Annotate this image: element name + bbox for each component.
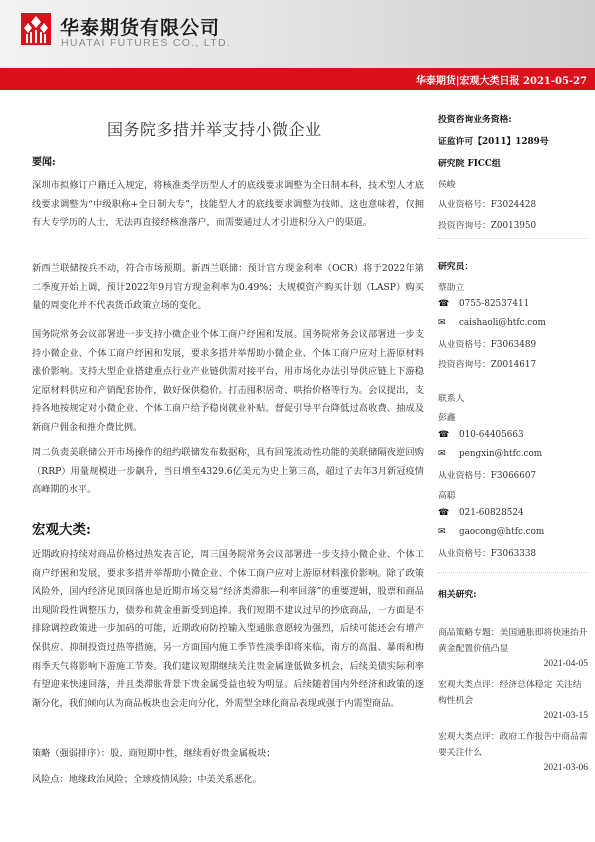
related-item-date: 2021-03-06 (544, 763, 588, 773)
email-link[interactable]: pengxin@htfc.com (459, 449, 542, 459)
company-name-cn: 华泰期货有限公司 (60, 13, 220, 40)
related-item-date: 2021-04-05 (544, 659, 588, 669)
news-heading: 要闻: (32, 153, 56, 168)
contact-phone: ☎021-60828524 (438, 508, 524, 518)
related-item-title[interactable]: 宏观大类点评：政府工作报告中商品需要关注什么 (438, 729, 588, 761)
phone-number: 010-64405663 (459, 430, 524, 440)
qualification-label: 投资咨询业务资格: (438, 112, 512, 125)
news-item: 深圳市拟修订户籍迁入规定，将核准类学历型人才的底线要求调整为全日制本科，技术型人… (32, 177, 424, 233)
page-title: 国务院多措并举支持小微企业 (107, 117, 322, 140)
contact-name: 高聪 (438, 488, 456, 501)
related-item-title[interactable]: 商品策略专题：美国通胀即将快速抬升 黄金配置价值凸显 (438, 625, 588, 657)
risk-text: 风险点：地缘政治风险；全球疫情风险；中美关系恶化。 (32, 771, 424, 790)
report-tag: 华泰期货|宏观大类日报 2021-05-27 (416, 72, 587, 87)
phone-icon: ☎ (438, 430, 450, 440)
lead-advisory-no: 投资咨询号：Z0013950 (438, 218, 536, 231)
news-item: 新西兰联储按兵不动，符合市场预期。新西兰联储：预计官方现金利率（OCR）将于20… (32, 260, 424, 316)
researcher-advisory-no: 投资咨询号：Z0014617 (438, 357, 536, 370)
researcher-label: 研究员： (438, 259, 473, 272)
contact-practice-no: 从业资格号：F3063338 (438, 546, 536, 559)
lead-name: 侯峻 (438, 177, 456, 190)
researcher-name: 蔡劭立 (438, 280, 464, 293)
email-icon: ✉ (438, 527, 450, 537)
researcher-practice-no: 从业资格号：F3063489 (438, 337, 536, 350)
phone-number: 0755-82537411 (459, 299, 529, 309)
strategy-text: 策略（强弱排序）：股、商短期中性，继续看好贵金属板块； (32, 745, 424, 764)
researcher-email[interactable]: ✉caishaoli@htfc.com (438, 318, 546, 328)
contact-email[interactable]: ✉pengxin@htfc.com (438, 449, 542, 459)
contact-name: 彭鑫 (438, 410, 456, 423)
contact-label: 联系人 (438, 391, 464, 404)
lead-practice-no: 从业资格号：F3024428 (438, 197, 536, 210)
researcher-phone: ☎0755-82537411 (438, 299, 529, 309)
related-item-title[interactable]: 宏观大类点评：经济总体稳定 关注结构性机会 (438, 677, 588, 709)
phone-number: 021-60828524 (459, 508, 524, 518)
email-link[interactable]: gaocong@htfc.com (459, 527, 544, 537)
research-group: 研究院 FICC组 (438, 156, 501, 169)
news-item: 国务院常务会议部署进一步支持小微企业个体工商户纾困和发展。国务院常务会议部署进一… (32, 326, 424, 438)
macro-heading: 宏观大类: (32, 518, 91, 538)
huatai-logo-icon (21, 13, 51, 45)
contact-email[interactable]: ✉gaocong@htfc.com (438, 527, 544, 537)
company-name-en: HUATAI FUTURES CO., LTD. (61, 37, 231, 49)
related-item-date: 2021-03-15 (544, 711, 588, 721)
divider (438, 572, 588, 573)
email-icon: ✉ (438, 449, 450, 459)
email-icon: ✉ (438, 318, 450, 328)
related-research-label: 相关研究: (438, 587, 476, 600)
macro-text: 近期政府持续对商品价格过热发表言论，周三国务院常务会议部署进一步支持小微企业、个… (32, 546, 424, 713)
contact-phone: ☎010-64405663 (438, 430, 524, 440)
license-number: 证监许可【2011】1289号 (438, 134, 549, 147)
news-item: 周二负责美联储公开市场操作的纽约联储发布数据称，具有回笼流动性功能的美联储隔夜逆… (32, 444, 424, 500)
phone-icon: ☎ (438, 299, 450, 309)
phone-icon: ☎ (438, 508, 450, 518)
divider (438, 238, 588, 239)
email-link[interactable]: caishaoli@htfc.com (459, 318, 546, 328)
contact-practice-no: 从业资格号：F3066607 (438, 468, 536, 481)
